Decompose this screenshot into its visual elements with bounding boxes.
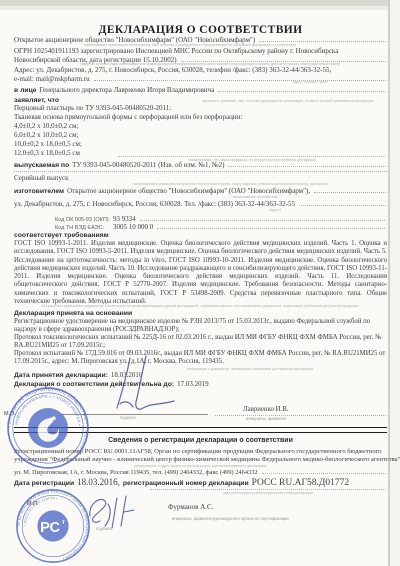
acceptance-date-row: Дата принятия декларации: 18.03.2016 (14, 371, 387, 380)
dotted-line (259, 41, 386, 42)
code-row: Код ТН ВЭД ЕАЭС: 3005 10 000 0 (55, 223, 386, 232)
scan-edge-right (388, 0, 390, 566)
registration-date-row: Дата регистрации 18.03.2016, регистрацио… (14, 477, 387, 488)
product-line: 10,0±0,2 х 18,0±0,5 см; (14, 140, 387, 149)
dotted-line (157, 228, 385, 229)
podpis-caption: подпись (120, 416, 136, 421)
in-person-value: Генерального директора Лавриенко Игоря В… (40, 86, 215, 95)
basis-item: Протокол токсикологических испытаний № 2… (14, 334, 387, 350)
cert-head-name: Фурманов А.С. (168, 503, 213, 511)
product-line: 4,0±0,2 х 10,0±0,2 см; (14, 122, 387, 131)
product-line: 6,0±0,2 х 10,0±0,2 см; (14, 131, 387, 140)
in-person-row: в лице Генерального директора Лавриенко … (14, 86, 387, 95)
basis-item: Регистрационное удостоверение на медицин… (14, 318, 387, 334)
signature-stroke (112, 498, 117, 528)
manufacturer-address-note: (адрес) (235, 208, 315, 212)
issued-value: ТУ 9393-045-00480520-2011 (Изв. об изм. … (72, 161, 224, 170)
page-title: ДЕКЛАРАЦИЯ О СООТВЕТСТВИИ (14, 24, 387, 36)
cert-head-name-caption: инициалы, фамилия руководителя органа по… (172, 517, 289, 522)
signature-stroke (90, 499, 106, 522)
signature-stroke (121, 496, 126, 526)
requirements-note: обозначение нормативных документов, соот… (14, 304, 386, 308)
signature-stroke (124, 510, 134, 512)
basis-list: Регистрационное удостоверение на медицин… (14, 318, 387, 366)
signature-stroke (105, 504, 110, 526)
manufacturer-label: изготовителем (14, 187, 64, 196)
signature-stroke (120, 402, 133, 407)
manufacturer-address-row: ул. Декабристов, д. 275, г. Новосибирск,… (14, 200, 387, 209)
registration-body-note: наименование и адрес органа по сертифика… (90, 464, 310, 468)
basis-item: Протокол испытаний № 17Д.59.016 от 09.03… (14, 350, 387, 366)
declares-label: заявляет, что (14, 97, 387, 104)
dotted-line (299, 205, 386, 206)
issued-row: выпускаемая по ТУ 9393-045-00480520-2011… (14, 161, 387, 170)
basis-heading: Декларация принята на основании (14, 310, 387, 317)
company-round-stamp: • ОТКРЫТОЕ АКЦИОНЕРНОЕ ОБЩЕСТВО • РОССИЯ… (6, 386, 90, 470)
scan-edge-top-fade (0, 6, 400, 10)
product-line: Перцовый пластырь по ТУ 9393-045-0048052… (14, 104, 387, 113)
director-signature (100, 352, 180, 416)
signer-name: Лавриенко И.В. (243, 406, 288, 413)
code-tnved-label: Код ТН ВЭД ЕАЭС: (55, 225, 113, 231)
manufacturer-note: наименование изготовителя (150, 195, 360, 199)
rst-mark-small-letter: т (62, 519, 65, 526)
dotted-line (14, 170, 387, 172)
dotted-line (140, 220, 385, 221)
dotted-line (218, 91, 386, 92)
certification-round-stamp: ФГБУ ФНКЦ ФХМ ФМБА РОССИИ • Орган по сер… (14, 487, 92, 565)
swan-emblem-dot (54, 417, 56, 419)
dotted-line (215, 414, 386, 416)
declaration-document: ДЕКЛАРАЦИЯ О СООТВЕТСТВИИ Открытое акцио… (0, 0, 400, 566)
in-person-label: в лице (14, 86, 37, 95)
rst-mark-letters: РС (40, 520, 60, 536)
cert-head-signature (82, 490, 144, 534)
dotted-line (262, 473, 386, 474)
signer-name-caption: инициалы, фамилия (246, 417, 286, 422)
acceptance-date-label: Дата принятия декларации: (14, 372, 108, 379)
registration-number-label: регистрационный номер декларации (123, 480, 249, 487)
requirements-heading: соответствует требованиям (14, 232, 387, 239)
serial-note: наименование и реквизиты выпуска или сер… (105, 182, 355, 186)
address-note: адрес, телефон, факс (255, 80, 365, 84)
stamp-center-disc (28, 408, 68, 448)
product-line: Тканевая основа прямоугольной формы с пе… (14, 113, 387, 122)
registration-date-label: Дата регистрации (14, 480, 74, 487)
requirements-text: ГОСТ ISO 10993-1-2011. Изделия медицинск… (14, 240, 387, 306)
valid-until-value: 17.03.2019 (177, 380, 209, 389)
scan-edge-margin (390, 0, 400, 566)
dotted-line (314, 192, 386, 193)
code-tnved-value: 3005 10 000 0 (113, 223, 153, 232)
signature-stroke (117, 358, 130, 408)
issued-label: выпускаемая по (14, 161, 69, 170)
address-line2: e-mail: mail@nskpharm.ru (14, 75, 90, 84)
dotted-line (228, 166, 386, 167)
registration-date-value: 18.03.2016, (77, 477, 120, 487)
signature-stroke (136, 356, 174, 409)
registration-number-note: дата регистрации и регистрационный номер… (150, 489, 386, 495)
registration-number-value: РОСС RU.АГ58.Д01772 (252, 478, 349, 488)
